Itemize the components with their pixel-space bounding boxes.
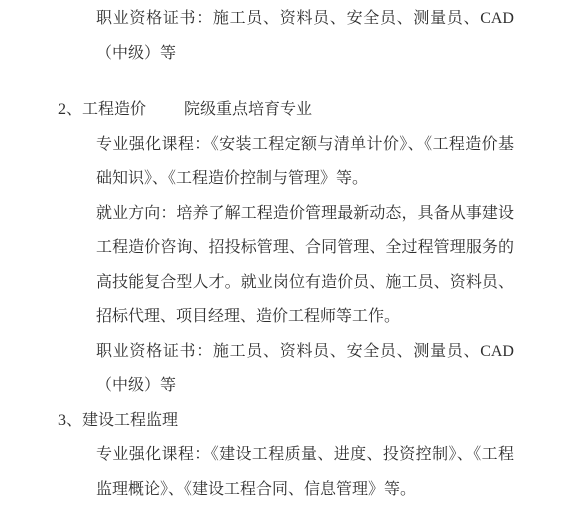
section-number: 2、 — [58, 101, 82, 118]
section-number: 3、 — [58, 412, 82, 429]
document-page: 职业资格证书：施工员、资料员、安全员、测量员、CAD（中级）等 2、工程造价院级… — [0, 0, 568, 506]
leading-paragraph: 职业资格证书：施工员、资料员、安全员、测量员、CAD（中级）等 — [96, 2, 514, 71]
section-badge: 院级重点培育专业 — [184, 101, 312, 118]
section-title: 工程造价 — [82, 101, 146, 118]
paragraph-certificates: 职业资格证书：施工员、资料员、安全员、测量员、CAD（中级）等 — [96, 335, 514, 404]
paragraph-courses: 专业强化课程：《建设工程质量、进度、投资控制》、《工程监理概论》、《建设工程合同… — [96, 438, 514, 506]
paragraph-courses: 专业强化课程：《安装工程定额与清单计价》、《工程造价基础知识》、《工程造价控制与… — [96, 128, 514, 197]
section-title: 建设工程监理 — [82, 412, 178, 429]
paragraph-career: 就业方向：培养了解工程造价管理最新动态，具备从事建设工程造价咨询、招投标管理、合… — [96, 197, 514, 335]
section-heading-3: 3、建设工程监理 — [58, 404, 514, 439]
section-heading-2: 2、工程造价院级重点培育专业 — [58, 93, 514, 128]
